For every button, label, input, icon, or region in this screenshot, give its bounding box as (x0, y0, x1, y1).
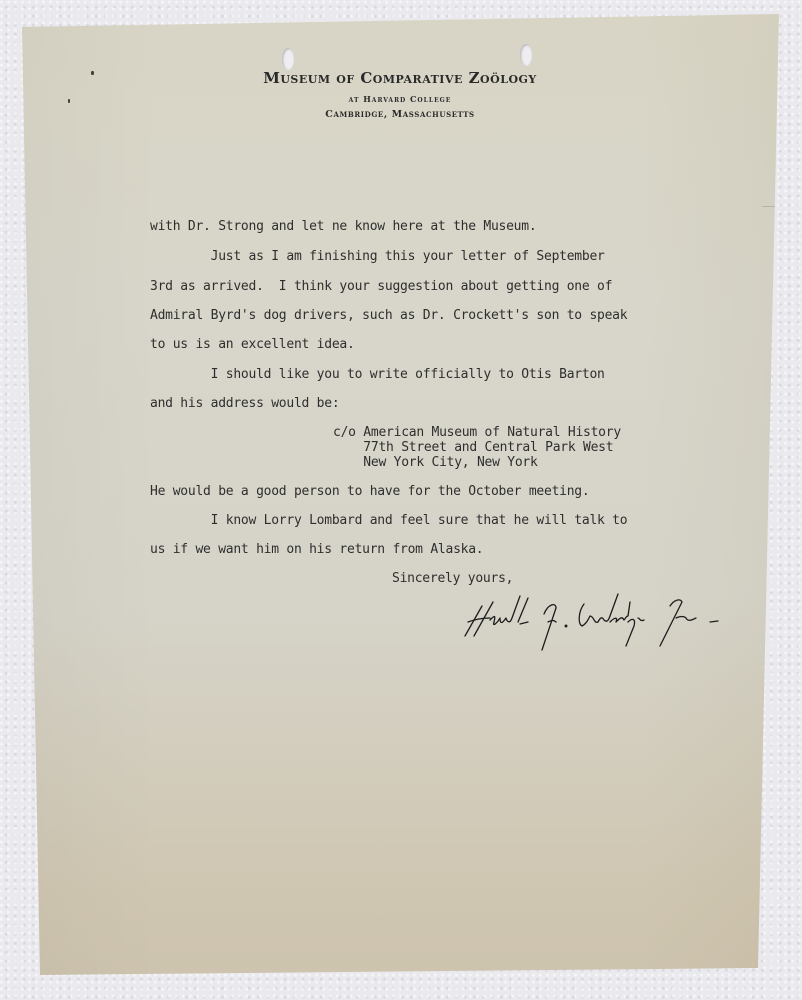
body-line: with Dr. Strong and let ne know here at … (150, 219, 536, 234)
letterhead-college: at Harvard College (150, 94, 650, 104)
body-line: I should like you to write officially to… (150, 367, 605, 382)
paper-speck (68, 99, 70, 103)
letterhead-institution: Museum of Comparative Zoölogy (150, 69, 650, 87)
paper-speck (91, 71, 94, 75)
body-line: to us is an excellent idea. (150, 337, 355, 352)
handwritten-signature (460, 578, 760, 658)
body-line: and his address would be: (150, 396, 339, 411)
body-line: 3rd as arrived. I think your suggestion … (150, 279, 612, 294)
address-line: c/o American Museum of Natural History (333, 425, 621, 440)
body-line: Admiral Byrd's dog drivers, such as Dr. … (150, 308, 627, 323)
bleed-through-mark (762, 206, 778, 207)
letter-paper: Museum of Comparative Zoölogy at Harvard… (0, 0, 802, 1000)
address-line: 77th Street and Central Park West (333, 440, 613, 455)
punch-hole-left (282, 48, 294, 70)
body-line: He would be a good person to have for th… (150, 484, 589, 499)
address-line: New York City, New York (333, 455, 538, 470)
body-line: us if we want him on his return from Ala… (150, 542, 483, 557)
body-line: I know Lorry Lombard and feel sure that … (150, 513, 627, 528)
valediction: Sincerely yours, (392, 571, 513, 586)
letterhead-location: Cambridge, Massachusetts (150, 109, 650, 120)
punch-hole-right (520, 44, 532, 66)
body-line: Just as I am finishing this your letter … (150, 249, 605, 264)
